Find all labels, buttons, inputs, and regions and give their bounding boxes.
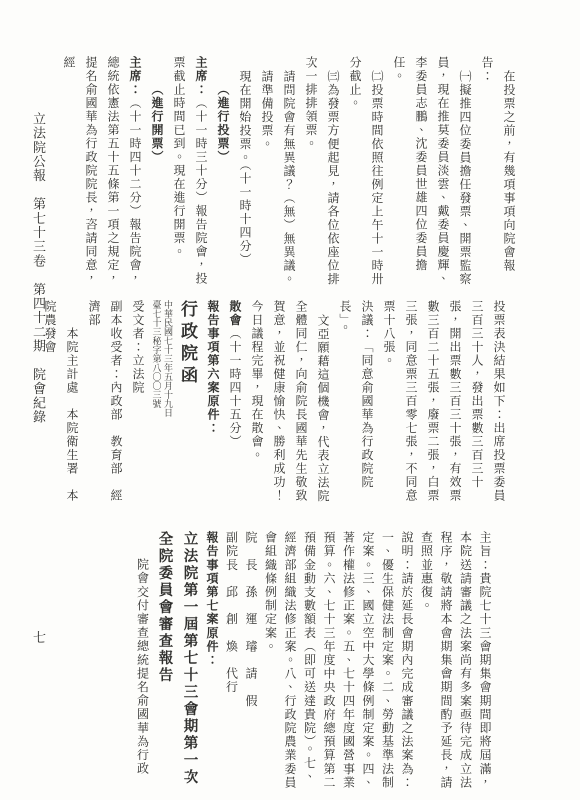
committee-report-body-start: 院會交付審查總統提名俞國華為行政 xyxy=(132,531,152,793)
committee-report-title: 立法院第一屆第七十三會期第一次全院委員會審查報告 xyxy=(152,531,202,793)
resolution-paragraph: 決議：「同意俞國華為行政院院長」。 xyxy=(334,300,378,514)
proceedings-top-section: 在投票之前，有幾項事項向院會報告： ㈠擬推四位委員擔任發票、開票監察員，現在推莫… xyxy=(68,56,520,298)
signature-vice-president: 副院長 邱 創 煥 代行 xyxy=(221,531,241,793)
speaker-label: 主席： xyxy=(128,56,142,97)
announcement-item-3: ㈢為發票方便起見，請各位依座位排次一排排領票。 xyxy=(300,56,344,298)
cc-line-1: 副本收受者：內政部 教育部 經濟部 xyxy=(83,300,127,514)
adjourn-label: 散會 xyxy=(228,300,242,327)
executive-yuan-letter-title: 行政院函 xyxy=(172,300,202,514)
letter-bottom-section: 主旨：貴院七十三會期集會期間即將屆滿，本院送請審議之法案尚有多案亟待完成立法程序… xyxy=(62,531,494,793)
adjourn-time: （十一時四十五分） xyxy=(228,327,242,449)
announcement-intro: 在投票之前，有幾項事項向院會報告： xyxy=(476,56,520,298)
cc-line-2: 本院主計處 本院衛生署 本院農發會 xyxy=(39,300,83,514)
page-number: 七 xyxy=(33,627,46,646)
speaker-label: 主席： xyxy=(194,56,208,97)
gazette-page: 立法院公報 第七十三卷 第四十二期 院會紀錄 七 在投票之前，有幾項事項向院會報… xyxy=(0,0,580,800)
report-item-7-label: 報告事項第七案原件： xyxy=(202,531,222,793)
letter-ref-number: 臺七十三秘字第八〇〇三號 xyxy=(151,300,161,408)
proceedings-middle-section: 投票表決結果如下：出席投票委員三百三十人，發出票數三百三十張，開出票數三百三十張… xyxy=(58,300,510,514)
letter-subject: 主旨：貴院七十三會期集會期間即將屆滿，本院送請審議之法案尚有多案亟待完成立法程序… xyxy=(416,531,494,793)
prepare-vote-line: 請準備投票。 xyxy=(256,56,278,298)
signature-president: 院 長 孫 運 璿 請 假 xyxy=(241,531,261,793)
start-vote-line: 現在開始投票。（十一時十四分） xyxy=(234,56,256,298)
chair-statement-counting: 主席：（十一時三十分）報告院會，投票截止時間已到。現在進行開票。 xyxy=(168,56,212,298)
letter-date-reference: 中華民國七十三年五月十九日 臺七十三秘字第八〇〇三號 xyxy=(149,300,172,514)
letter-date: 中華民國七十三年五月十九日 xyxy=(162,300,172,417)
letter-explanation: 說明：請於延長會期內完成審議之法案為：一、優生保健法制定案。二、勞動基準法制定案… xyxy=(260,531,416,793)
announcement-item-1: ㈠擬推四位委員擔任發票、開票監察員，現在推莫委員淡雲、戴委員慶輝、李委員志鵬、沈… xyxy=(388,56,476,298)
announcement-item-2: ㈡投票時間依照往例定上午十一時卅分截止。 xyxy=(344,56,388,298)
voting-in-progress-note: （進行投票） xyxy=(212,56,234,298)
vote-result-paragraph: 投票表決結果如下：出席投票委員三百三十人，發出票數三百三十張，開出票數三百三十張… xyxy=(378,300,510,514)
congratulation-paragraph: 文亞願藉這個機會，代表立法院全體同仁，向俞院長國華先生敬致賀意，並祝健康愉快、勝… xyxy=(246,300,334,514)
chair-statement-result: 主席：（十一時四十二分）報告院會，總統依憲法第五十五條第一項之規定，提名俞國華為… xyxy=(58,56,146,298)
report-item-6-label: 報告事項第六案原件： xyxy=(202,300,224,514)
counting-in-progress-note: （進行開票） xyxy=(146,56,168,298)
adjournment-line: 散會（十一時四十五分） xyxy=(224,300,246,514)
no-objection-line: 請問院會有無異議？（無）無異議。 xyxy=(278,56,300,298)
recipient-line: 受文者：立法院 xyxy=(127,300,149,514)
